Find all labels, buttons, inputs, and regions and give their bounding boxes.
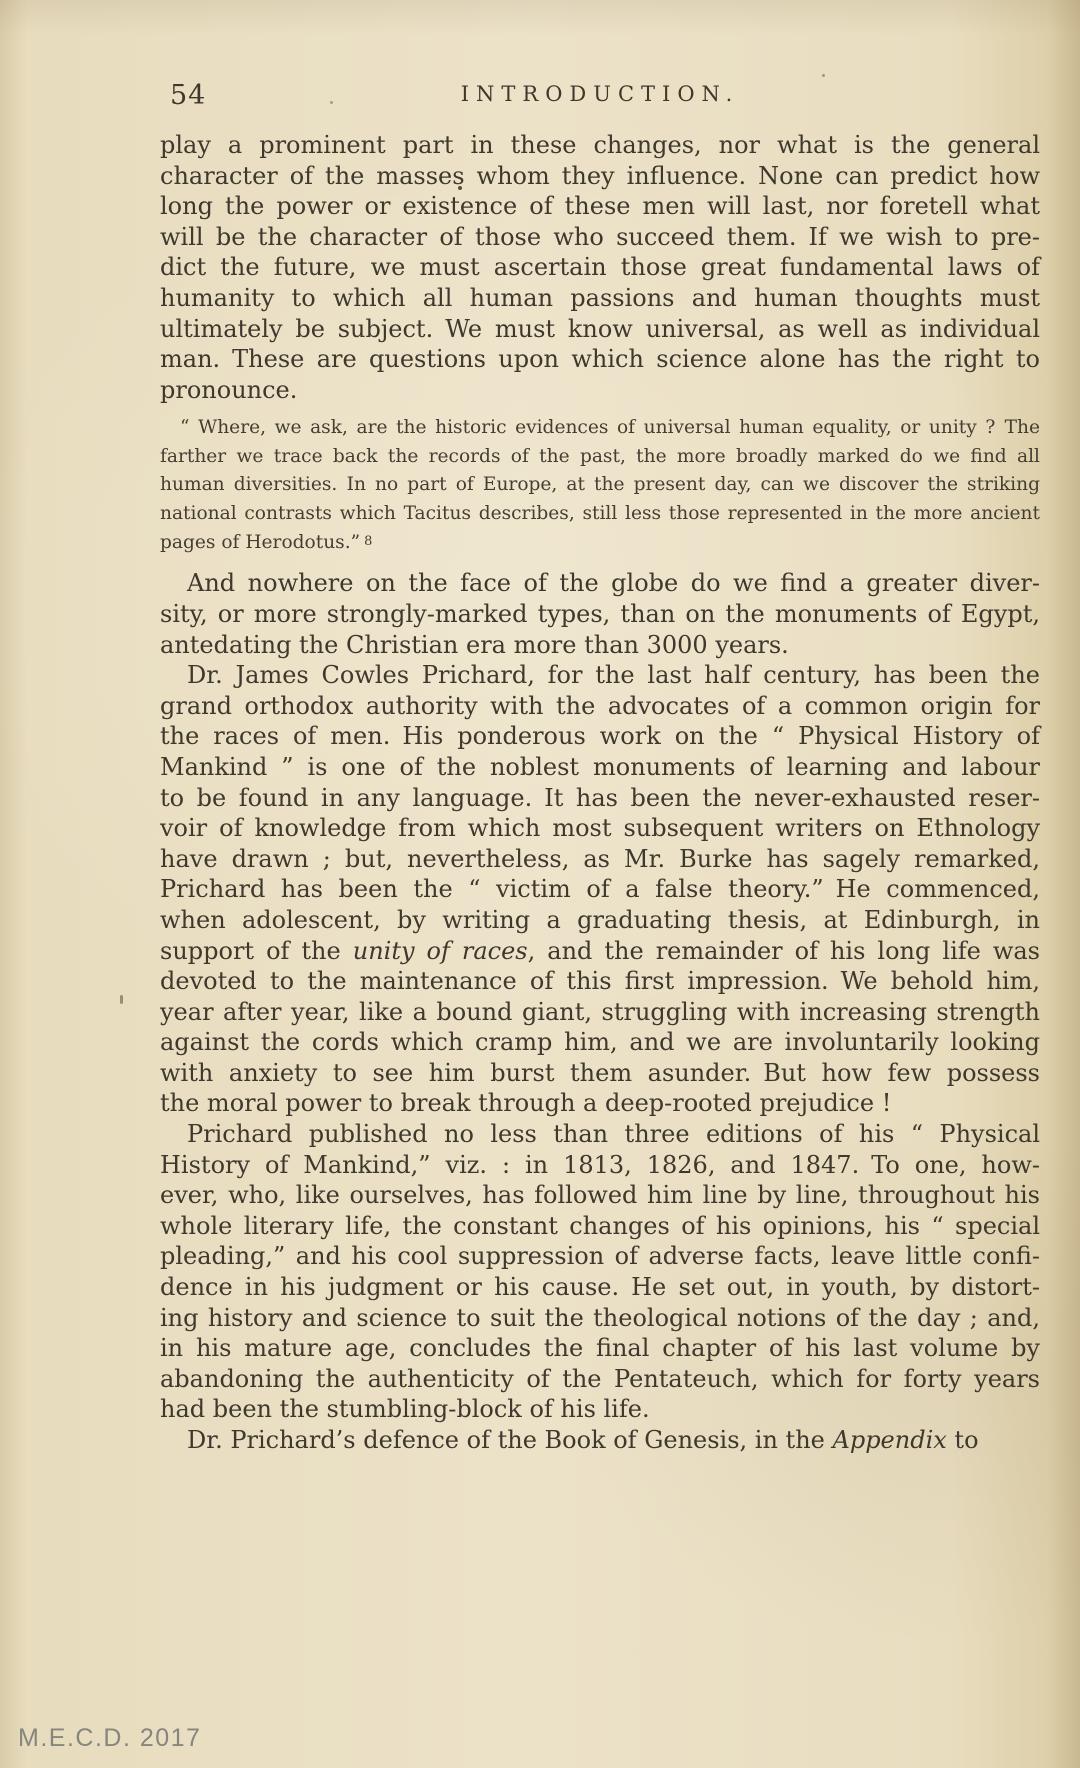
- paper-speck: [330, 101, 333, 104]
- quote-line: pages of Herodotus.”8: [160, 528, 1040, 557]
- text-line: in his mature age, concludes the final c…: [160, 1333, 1040, 1364]
- text-segment: to: [947, 1426, 979, 1454]
- quote-line: “ Where, we ask, are the historic eviden…: [160, 414, 1040, 442]
- text-line: pleading,” and his cool suppression of a…: [160, 1241, 1040, 1272]
- text-line: Prichard published no less than three ed…: [160, 1119, 1040, 1150]
- paragraph-genesis-defence: Dr. Prichard’s defence of the Book of Ge…: [160, 1425, 1040, 1456]
- italic-phrase: Appendix: [833, 1426, 947, 1454]
- text-line: devoted to the maintenance of this first…: [160, 966, 1040, 997]
- text-line: ultimately be subject. We must know univ…: [160, 314, 1040, 345]
- text-line: Mankind ” is one of the noblest monument…: [160, 752, 1040, 783]
- footnote-reference: 8: [364, 534, 372, 549]
- paragraph-continuation: play a prominent part in these changes, …: [160, 130, 1040, 405]
- text-line: ing history and science to suit the theo…: [160, 1303, 1040, 1334]
- text-line: Prichard has been the “ victim of a fals…: [160, 874, 1040, 905]
- page-number: 54: [170, 80, 206, 111]
- text-line: pronounce.: [160, 375, 1040, 406]
- text-line: dict the future, we must ascertain those…: [160, 252, 1040, 283]
- text-line: man. These are questions upon which scie…: [160, 344, 1040, 375]
- paper-speck: [458, 186, 462, 190]
- text-line: play a prominent part in these changes, …: [160, 130, 1040, 161]
- text-line: voir of knowledge from which most subseq…: [160, 813, 1040, 844]
- running-title: INTRODUCTION.: [160, 82, 1040, 106]
- quote-line-text: pages of Herodotus.”: [160, 532, 360, 553]
- text-line: support of the unity of races, and the r…: [160, 936, 1040, 967]
- quote-line: human diversities. In no part of Europe,…: [160, 471, 1040, 499]
- text-segment: , and the remainder of his long life was: [528, 937, 1040, 965]
- paragraph-prichard-authority: Dr. James Cowles Prichard, for the last …: [160, 660, 1040, 1119]
- text-line: year after year, like a bound giant, str…: [160, 997, 1040, 1028]
- text-line: And nowhere on the face of the globe do …: [160, 568, 1040, 599]
- block-quote: “ Where, we ask, are the historic eviden…: [160, 414, 1040, 557]
- text-line: whole literary life, the constant change…: [160, 1211, 1040, 1242]
- text-line: History of Mankind,” viz. : in 1813, 182…: [160, 1150, 1040, 1181]
- text-line: antedating the Christian era more than 3…: [160, 630, 1040, 661]
- quote-line: national contrasts which Tacitus describ…: [160, 500, 1040, 528]
- text-line: humanity to which all human passions and…: [160, 283, 1040, 314]
- text-line: Dr. James Cowles Prichard, for the last …: [160, 660, 1040, 691]
- text-line: the races of men. His ponderous work on …: [160, 721, 1040, 752]
- paper-speck: [120, 995, 123, 1004]
- book-page: 54 INTRODUCTION. play a prominent part i…: [0, 0, 1080, 1768]
- text-line: Dr. Prichard’s defence of the Book of Ge…: [160, 1425, 1040, 1456]
- paragraph-diversity: And nowhere on the face of the globe do …: [160, 568, 1040, 660]
- text-line: had been the stumbling-block of his life…: [160, 1394, 1040, 1425]
- text-line: dence in his judgment or his cause. He s…: [160, 1272, 1040, 1303]
- text-segment: Dr. Prichard’s defence of the Book of Ge…: [187, 1426, 833, 1454]
- text-line: to be found in any language. It has been…: [160, 783, 1040, 814]
- quote-line: farther we trace back the records of the…: [160, 443, 1040, 471]
- text-line: abandoning the authenticity of the Penta…: [160, 1364, 1040, 1395]
- page-header: 54 INTRODUCTION.: [160, 82, 1040, 114]
- text-line: long the power or existence of these men…: [160, 191, 1040, 222]
- text-line: with anxiety to see him burst them asund…: [160, 1058, 1040, 1089]
- text-line: the moral power to break through a deep-…: [160, 1088, 1040, 1119]
- text-line: when adolescent, by writing a graduating…: [160, 905, 1040, 936]
- text-line: against the cords which cramp him, and w…: [160, 1027, 1040, 1058]
- italic-phrase: unity of races: [353, 937, 528, 965]
- text-line: grand orthodox authority with the advoca…: [160, 691, 1040, 722]
- paragraph-editions: Prichard published no less than three ed…: [160, 1119, 1040, 1425]
- text-line: have drawn ; but, nevertheless, as Mr. B…: [160, 844, 1040, 875]
- text-line: will be the character of those who succe…: [160, 222, 1040, 253]
- text-line: character of the masses whom they influe…: [160, 161, 1040, 192]
- text-line: ever, who, like ourselves, has followed …: [160, 1180, 1040, 1211]
- text-segment: support of the: [160, 937, 353, 965]
- page-body: play a prominent part in these changes, …: [160, 130, 1040, 1456]
- text-line: sity, or more strongly-marked types, tha…: [160, 599, 1040, 630]
- paper-speck: [822, 74, 825, 77]
- watermark: M.E.C.D. 2017: [18, 1724, 201, 1753]
